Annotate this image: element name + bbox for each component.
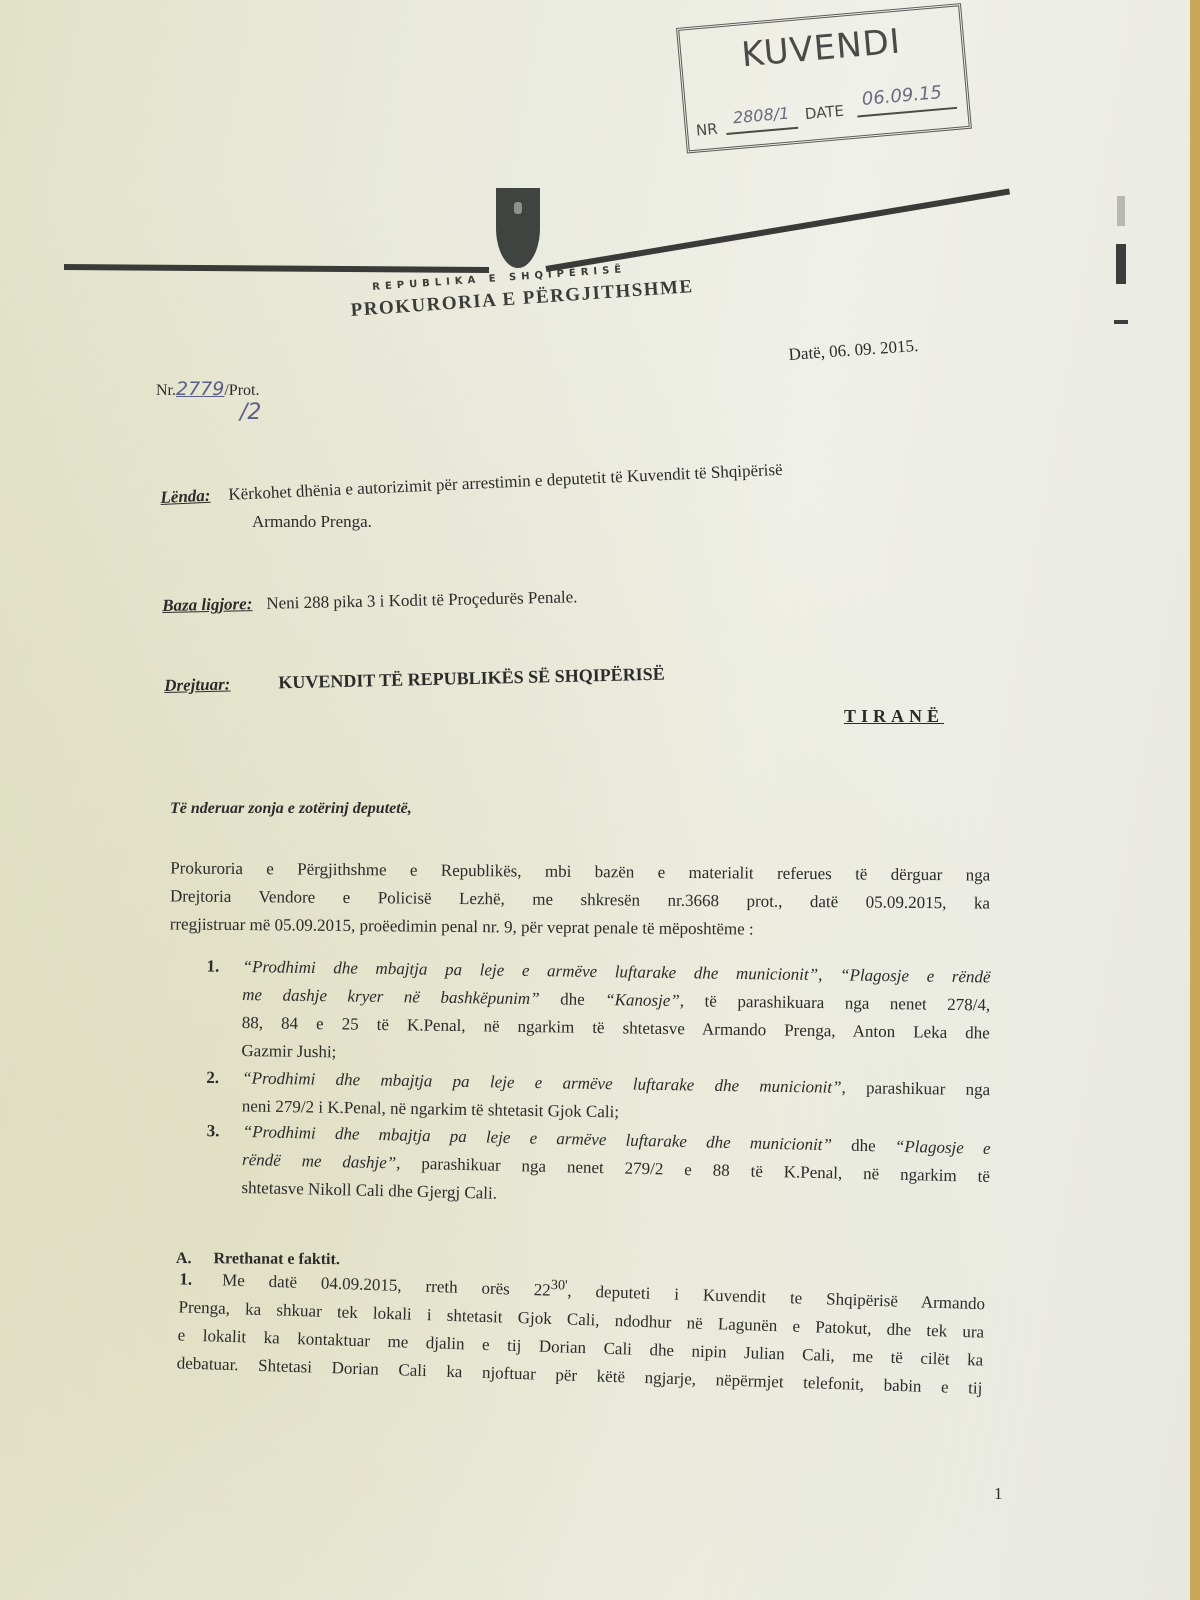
document-date: Datë, 06. 09. 2015. [788,336,919,365]
protocol-number: Nr.2779/Prot. [156,378,259,400]
salutation: Të nderuar zonja e zotërinj deputetë, [170,800,412,818]
page-number: 1 [994,1484,1003,1504]
legal-basis-text: Neni 288 pika 3 i Kodit të Proçedurës Pe… [266,587,577,613]
addressee-label: Drejtuar: [164,674,231,694]
stamp-title: KUVENDI [740,22,903,76]
addressee-name: KUVENDIT TË REPUBLIKËS SË SHQIPËRISË [278,664,665,693]
stamp-nr-underline [726,127,798,135]
offense-text: “Prodhimi dhe mbajtja pa leje e armëve l… [241,953,990,1075]
binder-mark [1114,320,1128,324]
binder-mark [1116,244,1126,284]
addressee: Drejtuar:KUVENDIT TË REPUBLIKËS SË SHQIP… [164,664,665,696]
offense-item: 1. “Prodhimi dhe mbajtja pa leje e armëv… [205,953,990,1076]
protocol-prefix: Nr. [156,382,176,399]
offense-item: 3. “Prodhimi dhe mbajtja pa leje e armëv… [205,1117,991,1219]
offense-number: 3. [206,1117,219,1145]
legal-basis-label: Baza ligjore: [162,594,253,615]
stamp-nr-value: 2808/1 [732,103,790,127]
protocol-suffix: /Prot. [224,382,259,399]
stamp-date-value: 06.09.15 [861,82,943,110]
subject-text: Kërkohet dhënia e autorizimit për arrest… [228,460,783,504]
letterhead-rule-right [546,188,1011,271]
paragraph-number: 1. [179,1269,192,1288]
binder-mark [1117,196,1125,226]
coat-of-arms-icon [496,188,540,268]
stamp-date-label: DATE [804,102,844,123]
offense-number: 2. [206,1064,219,1092]
document-page: KUVENDI NR 2808/1 DATE 06.09.15 REPUBLIK… [0,0,1190,1600]
legal-basis: Baza ligjore:Neni 288 pika 3 i Kodit të … [162,587,578,616]
facts-paragraph: 1.Me datë 04.09.2015, rreth orës 2230', … [176,1259,985,1402]
offense-text: “Prodhimi dhe mbajtja pa leje e armëve l… [241,1118,991,1219]
intro-paragraph: Prokuroria e Përgjithshme e Republikës, … [170,854,991,945]
eagle-icon [514,202,522,214]
protocol-sub-number: /2 [240,400,261,425]
stamp-nr-label: NR [695,120,718,140]
kuvendi-receipt-stamp: KUVENDI NR 2808/1 DATE 06.09.15 [676,3,972,153]
time-minutes: 30' [551,1277,568,1294]
subject-line: Lënda:Kërkohet dhënia e autorizimit për … [160,460,783,508]
subject-label: Lënda: [160,486,211,507]
addressee-city: TIRANË [844,706,944,727]
offense-number: 1. [206,953,219,981]
protocol-handwritten-number: 2779 [176,378,224,400]
letterhead-rule-left [64,264,489,273]
subject-continuation: Armando Prenga. [252,512,372,532]
